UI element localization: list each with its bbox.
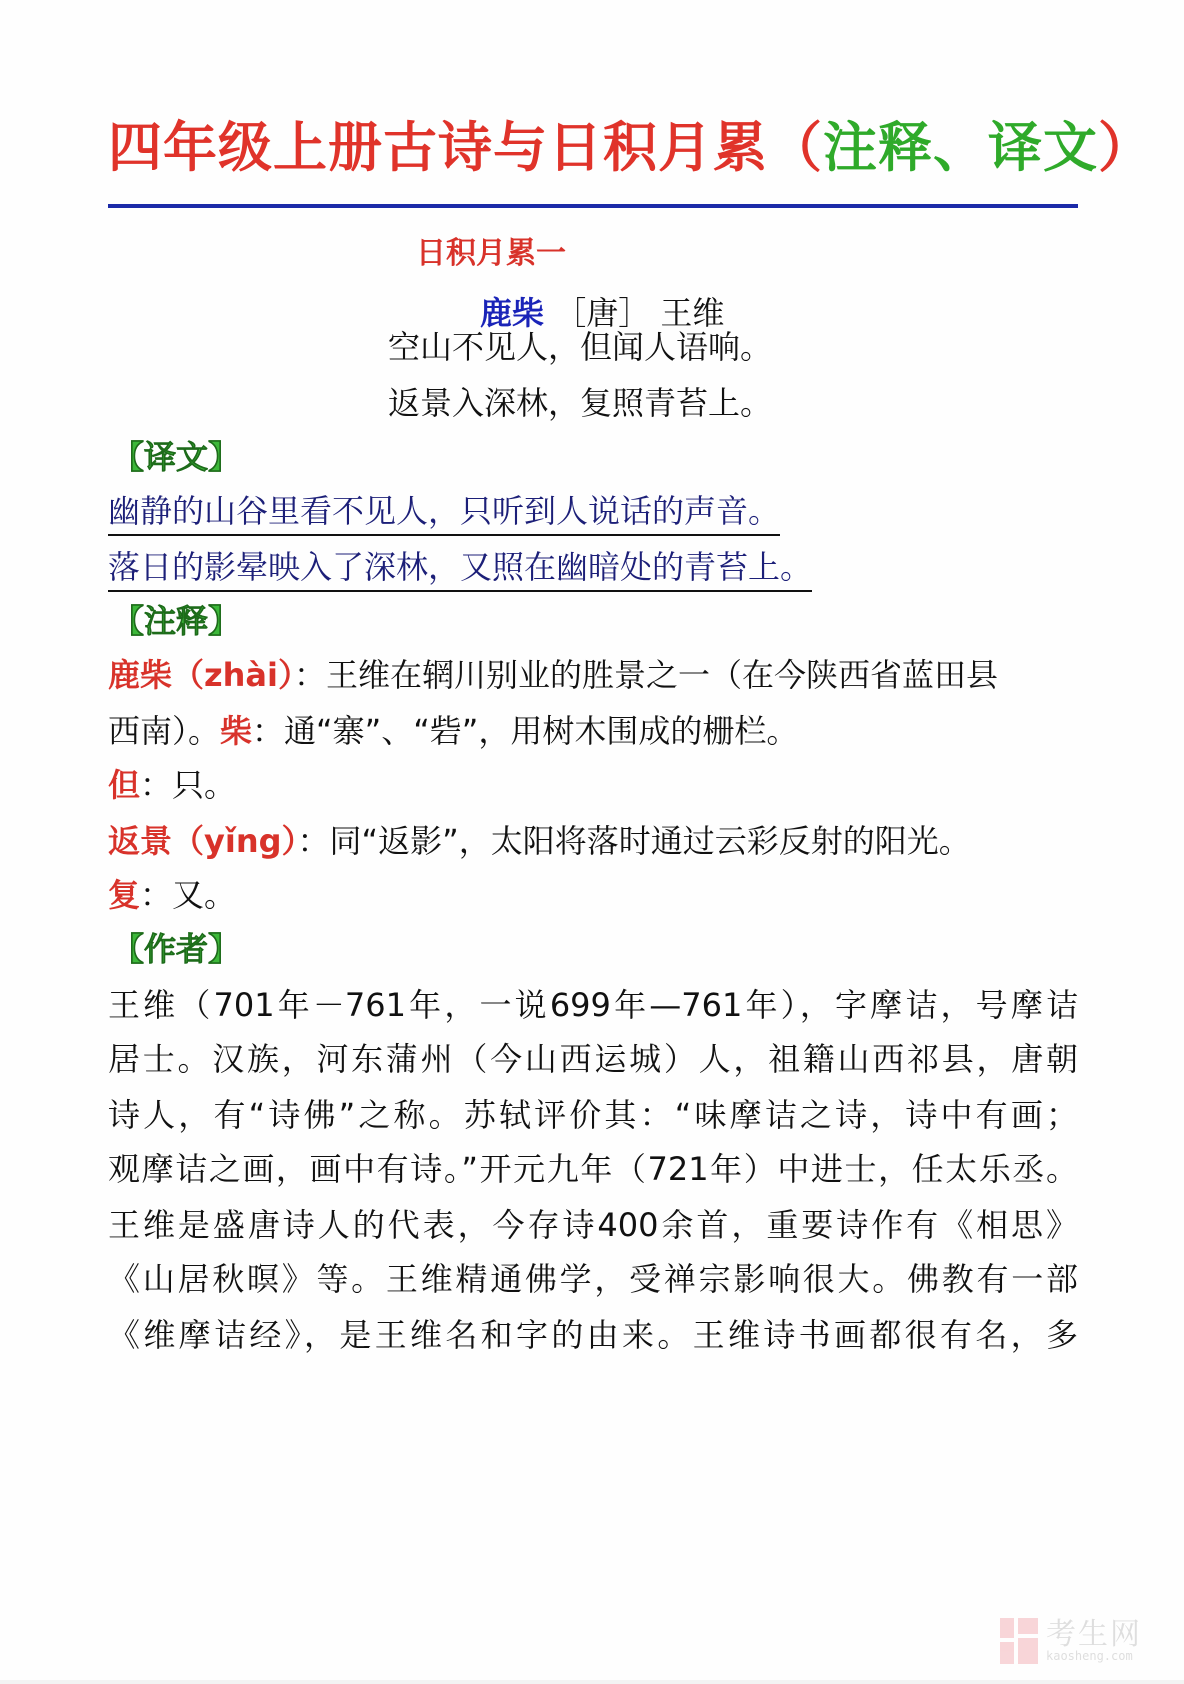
watermark-cn: 考生网 [1046,1620,1142,1650]
note-text: ：王维在辋川别业的胜景之一（在今陕西省蓝田县 [294,656,998,694]
translation-heading: 【译文】 [112,434,240,480]
note-term: 但 [108,766,140,804]
note-text: ：又。 [140,876,236,914]
page-title-green: 注释、译文 [823,116,1098,179]
translation-line: 幽静的山谷里看不见人，只听到人说话的声音。 [108,488,780,536]
page-title-main: 四年级上册古诗与日积月累 [108,116,768,179]
poem-line: 返景入深林，复照青苔上。 [388,380,772,426]
poem-line: 空山不见人，但闻人语响。 [388,324,772,370]
author-bio-line: 《维摩诘经》，是王维名和字的由来。王维诗书画都很有名，多 [108,1312,1078,1358]
watermark: 考生网 kaosheng.com [1000,1618,1142,1664]
note-item: 但：只。 [108,762,236,808]
note-item: 西南）。柴：通“寨”、“砦”，用树木围成的栅栏。 [108,708,798,754]
notes-heading: 【注释】 [112,598,240,644]
author-bio-line: 诗人，有“诗佛”之称。苏轼评价其：“味摩诘之诗，诗中有画； [108,1092,1078,1138]
page-title-paren-close: ） [1098,116,1153,179]
note-text: ：通“寨”、“砦”，用树木围成的栅栏。 [252,712,798,750]
author-bio-line: 王维是盛唐诗人的代表，今存诗400余首，重要诗作有《相思》 [108,1202,1078,1248]
note-term: 柴 [220,712,252,750]
watermark-en: kaosheng.com [1046,1650,1142,1662]
note-item: 鹿柴（zhài）：王维在辋川别业的胜景之一（在今陕西省蓝田县 [108,652,998,698]
note-item: 返景（yǐng）：同“返影”，太阳将落时通过云彩反射的阳光。 [108,818,971,864]
note-text: ：只。 [140,766,236,804]
note-term: 返景（yǐng） [108,822,298,860]
kaosheng-logo-icon [1000,1618,1038,1664]
author-bio-line: 居士。汉族，河东蒲州（今山西运城）人，祖籍山西祁县，唐朝 [108,1036,1078,1082]
note-item: 复：又。 [108,872,236,918]
page-title: 四年级上册古诗与日积月累（注释、译文） [108,112,1088,184]
page-title-paren-open: （ [768,116,823,179]
bottom-strip [0,1680,1184,1684]
author-bio-line: 王维（701年－761年，一说699年—761年），字摩诘，号摩诘 [108,982,1078,1028]
author-bio-line: 《山居秋暝》等。王维精通佛学，受禅宗影响很大。佛教有一部 [108,1256,1078,1302]
author-heading: 【作者】 [112,926,240,972]
note-term: 鹿柴（zhài） [108,656,294,694]
note-term: 复 [108,876,140,914]
note-text: 西南）。 [108,712,220,750]
section-title: 日积月累一 [416,232,566,276]
title-divider [108,204,1078,208]
translation-line: 落日的影晕映入了深林，又照在幽暗处的青苔上。 [108,544,812,592]
author-bio-line: 观摩诘之画，画中有诗。”开元九年（721年）中进士，任太乐丞。 [108,1146,1078,1192]
note-text: ：同“返影”，太阳将落时通过云彩反射的阳光。 [298,822,971,860]
